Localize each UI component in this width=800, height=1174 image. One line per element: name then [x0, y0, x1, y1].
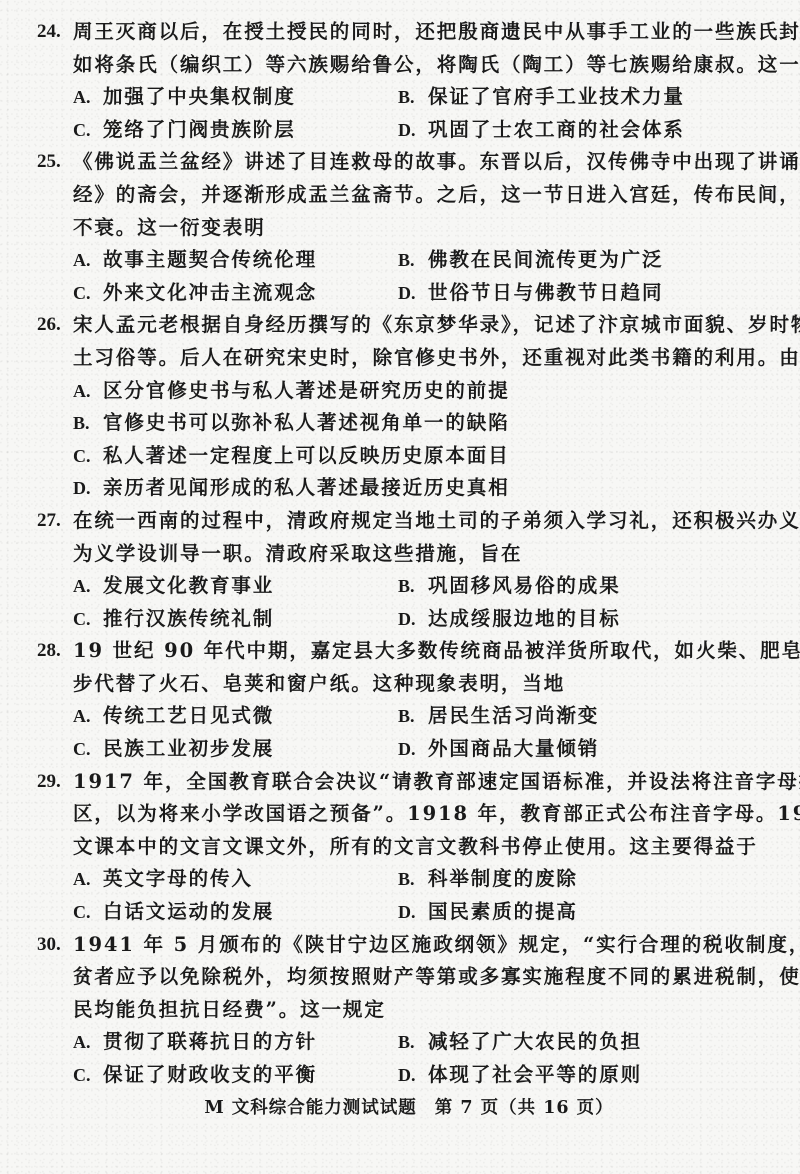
exam-title: M 文科综合能力测试试题 [204, 1098, 416, 1118]
option-letter: A. [73, 863, 103, 896]
option-text: 官修史书可以弥补私人著述视角单一的缺陷 [103, 411, 510, 434]
question-stem-line: 1917 年，全国教育联合会决议“请教育部速定国语标准，并设法将注音字母推行各省 [0, 766, 800, 799]
question-stem-line: 贫者应予以免除税外，均须按照财产等第或多寡实施程度不同的累进税制，使大多数人 [0, 961, 800, 994]
question-stem-line: 为义学设训导一职。清政府采取这些措施，旨在 [0, 538, 800, 571]
options-row: C.笼络了门阀贵族阶层 D.巩固了士农工商的社会体系 [0, 114, 800, 147]
options-row: B.官修史书可以弥补私人著述视角单一的缺陷 [0, 407, 800, 440]
question-stem-line: 周王灭商以后，在授土授民的同时，还把殷商遗民中从事手工业的一些族氏封赐给诸侯。 [0, 16, 800, 49]
options-row: D.亲历者见闻形成的私人著述最接近历史真相 [0, 472, 800, 505]
question-number: 27. [37, 505, 61, 538]
option-text: 巩固移风易俗的成果 [428, 574, 621, 597]
option-b[interactable]: B.保证了官府手工业技术力量 [398, 81, 685, 114]
option-text: 英文字母的传入 [103, 867, 253, 890]
question-stem-line: 《佛说盂兰盆经》讲述了目连救母的故事。东晋以后，汉传佛寺中出现了讲诵《盂兰盆 [0, 146, 800, 179]
page-footer: M 文科综合能力测试试题第 7 页（共 16 页） [0, 1094, 800, 1119]
question-number: 28. [37, 635, 61, 668]
option-letter: C. [73, 603, 103, 636]
option-letter: B. [398, 1026, 428, 1059]
option-a[interactable]: A.发展文化教育事业 [73, 570, 274, 603]
question-30: 30. 1941 年 5 月颁布的《陕甘宁边区施政纲领》规定，“实行合理的税收制… [0, 929, 800, 1092]
options-row: C.保证了财政收支的平衡 D.体现了社会平等的原则 [0, 1059, 800, 1092]
question-number: 26. [37, 309, 61, 342]
option-a[interactable]: A.故事主题契合传统伦理 [73, 244, 317, 277]
question-stem-line: 区，以为将来小学改国语之预备”。1918 年，教育部正式公布注音字母。1922 … [0, 798, 800, 831]
options-row: C.民族工业初步发展 D.外国商品大量倾销 [0, 733, 800, 766]
question-number: 25. [37, 146, 61, 179]
question-stem-line: 19 世纪 90 年代中期，嘉定县大多数传统商品被洋货所取代，如火柴、肥皂、窗玻… [0, 635, 800, 668]
options-row: A.故事主题契合传统伦理 B.佛教在民间流传更为广泛 [0, 244, 800, 277]
option-a[interactable]: A.区分官修史书与私人著述是研究历史的前提 [73, 375, 510, 408]
option-text: 私人著述一定程度上可以反映历史原本面目 [103, 444, 510, 467]
option-text: 加强了中央集权制度 [103, 85, 296, 108]
option-letter: A. [73, 244, 103, 277]
option-b[interactable]: B.佛教在民间流传更为广泛 [398, 244, 663, 277]
options-row: A.加强了中央集权制度 B.保证了官府手工业技术力量 [0, 81, 800, 114]
option-text: 佛教在民间流传更为广泛 [428, 248, 663, 271]
options-row: A.传统工艺日见式微 B.居民生活习尚渐变 [0, 700, 800, 733]
option-letter: C. [73, 440, 103, 473]
options-row: C.外来文化冲击主流观念 D.世俗节日与佛教节日趋同 [0, 277, 800, 310]
option-text: 笼络了门阀贵族阶层 [103, 118, 296, 141]
option-letter: B. [398, 81, 428, 114]
question-number: 24. [37, 16, 61, 49]
option-text: 居民生活习尚渐变 [428, 704, 599, 727]
option-letter: D. [73, 472, 103, 505]
option-letter: B. [398, 700, 428, 733]
page-number: 第 7 页（共 16 页） [435, 1098, 614, 1118]
exam-page: 24. 周王灭商以后，在授土授民的同时，还把殷商遗民中从事手工业的一些族氏封赐给… [0, 16, 800, 1092]
option-a[interactable]: A.贯彻了联蒋抗日的方针 [73, 1026, 317, 1059]
option-d[interactable]: D.世俗节日与佛教节日趋同 [398, 277, 663, 310]
option-d[interactable]: D.巩固了士农工商的社会体系 [398, 114, 685, 147]
options-row: C.白话文运动的发展 D.国民素质的提高 [0, 896, 800, 929]
option-d[interactable]: D.体现了社会平等的原则 [398, 1059, 642, 1092]
options-row: C.私人著述一定程度上可以反映历史原本面目 [0, 440, 800, 473]
option-b[interactable]: B.居民生活习尚渐变 [398, 700, 599, 733]
option-text: 减轻了广大农民的负担 [428, 1030, 642, 1053]
question-stem-line: 民均能负担抗日经费”。这一规定 [0, 994, 800, 1027]
option-c[interactable]: C.笼络了门阀贵族阶层 [73, 114, 296, 147]
option-letter: B. [398, 863, 428, 896]
option-letter: A. [73, 375, 103, 408]
option-text: 贯彻了联蒋抗日的方针 [103, 1030, 317, 1053]
question-28: 28. 19 世纪 90 年代中期，嘉定县大多数传统商品被洋货所取代，如火柴、肥… [0, 635, 800, 765]
question-number: 29. [37, 766, 61, 799]
question-stem-line: 在统一西南的过程中，清政府规定当地土司的子弟须入学习礼，还积极兴办义学，并专 [0, 505, 800, 538]
option-text: 国民素质的提高 [428, 900, 578, 923]
option-letter: B. [398, 244, 428, 277]
question-27: 27. 在统一西南的过程中，清政府规定当地土司的子弟须入学习礼，还积极兴办义学，… [0, 505, 800, 635]
option-c[interactable]: C.私人著述一定程度上可以反映历史原本面目 [73, 440, 510, 473]
option-b[interactable]: B.减轻了广大农民的负担 [398, 1026, 642, 1059]
question-26: 26. 宋人孟元老根据自身经历撰写的《东京梦华录》，记述了汴京城市面貌、岁时物产… [0, 309, 800, 505]
option-text: 科举制度的废除 [428, 867, 578, 890]
option-b[interactable]: B.巩固移风易俗的成果 [398, 570, 621, 603]
option-a[interactable]: A.英文字母的传入 [73, 863, 253, 896]
option-letter: C. [73, 733, 103, 766]
question-25: 25. 《佛说盂兰盆经》讲述了目连救母的故事。东晋以后，汉传佛寺中出现了讲诵《盂… [0, 146, 800, 309]
option-text: 传统工艺日见式微 [103, 704, 274, 727]
option-text: 民族工业初步发展 [103, 737, 274, 760]
option-letter: D. [398, 1059, 428, 1092]
question-stem-line: 不衰。这一衍变表明 [0, 212, 800, 245]
options-row: A.发展文化教育事业 B.巩固移风易俗的成果 [0, 570, 800, 603]
option-letter: A. [73, 81, 103, 114]
option-b[interactable]: B.科举制度的废除 [398, 863, 578, 896]
option-text: 保证了官府手工业技术力量 [428, 85, 685, 108]
question-stem-line: 步代替了火石、皂荚和窗户纸。这种现象表明，当地 [0, 668, 800, 701]
option-letter: A. [73, 570, 103, 603]
option-text: 达成绥服边地的目标 [428, 607, 621, 630]
options-row: C.推行汉族传统礼制 D.达成绥服边地的目标 [0, 603, 800, 636]
option-letter: C. [73, 896, 103, 929]
option-letter: B. [398, 570, 428, 603]
option-letter: C. [73, 114, 103, 147]
option-text: 体现了社会平等的原则 [428, 1063, 642, 1086]
option-c[interactable]: C.保证了财政收支的平衡 [73, 1059, 317, 1092]
options-row: A.区分官修史书与私人著述是研究历史的前提 [0, 375, 800, 408]
option-text: 巩固了士农工商的社会体系 [428, 118, 685, 141]
question-stem-line: 文课本中的文言文课文外，所有的文言文教科书停止使用。这主要得益于 [0, 831, 800, 864]
option-a[interactable]: A.传统工艺日见式微 [73, 700, 274, 733]
option-c[interactable]: C.白话文运动的发展 [73, 896, 274, 929]
options-row: A.英文字母的传入 B.科举制度的废除 [0, 863, 800, 896]
option-text: 亲历者见闻形成的私人著述最接近历史真相 [103, 476, 510, 499]
option-c[interactable]: C.推行汉族传统礼制 [73, 603, 274, 636]
option-d[interactable]: D.国民素质的提高 [398, 896, 578, 929]
option-letter: A. [73, 1026, 103, 1059]
question-stem-line: 土习俗等。后人在研究宋史时，除官修史书外，还重视对此类书籍的利用。由此可知 [0, 342, 800, 375]
question-stem-line: 经》的斋会，并逐渐形成盂兰盆斋节。之后，这一节日进入宫廷，传布民间，近千年而 [0, 179, 800, 212]
option-d[interactable]: D.外国商品大量倾销 [398, 733, 599, 766]
question-29: 29. 1917 年，全国教育联合会决议“请教育部速定国语标准，并设法将注音字母… [0, 766, 800, 929]
option-letter: D. [398, 277, 428, 310]
option-c[interactable]: C.民族工业初步发展 [73, 733, 274, 766]
option-letter: D. [398, 733, 428, 766]
option-text: 区分官修史书与私人著述是研究历史的前提 [103, 379, 510, 402]
question-24: 24. 周王灭商以后，在授土授民的同时，还把殷商遗民中从事手工业的一些族氏封赐给… [0, 16, 800, 146]
option-text: 外来文化冲击主流观念 [103, 281, 317, 304]
option-text: 保证了财政收支的平衡 [103, 1063, 317, 1086]
option-letter: D. [398, 114, 428, 147]
option-d[interactable]: D.亲历者见闻形成的私人著述最接近历史真相 [73, 472, 510, 505]
option-text: 世俗节日与佛教节日趋同 [428, 281, 663, 304]
option-a[interactable]: A.加强了中央集权制度 [73, 81, 296, 114]
option-letter: C. [73, 277, 103, 310]
question-stem-line: 如将条氏（编织工）等六族赐给鲁公，将陶氏（陶工）等七族赐给康叔。这一举措 [0, 49, 800, 82]
question-stem-line: 1941 年 5 月颁布的《陕甘宁边区施政纲领》规定，“实行合理的税收制度，居民… [0, 929, 800, 962]
options-row: A.贯彻了联蒋抗日的方针 B.减轻了广大农民的负担 [0, 1026, 800, 1059]
option-letter: D. [398, 896, 428, 929]
question-stem-line: 宋人孟元老根据自身经历撰写的《东京梦华录》，记述了汴京城市面貌、岁时物产、风 [0, 309, 800, 342]
option-letter: C. [73, 1059, 103, 1092]
option-c[interactable]: C.外来文化冲击主流观念 [73, 277, 317, 310]
option-text: 推行汉族传统礼制 [103, 607, 274, 630]
option-text: 白话文运动的发展 [103, 900, 274, 923]
option-d[interactable]: D.达成绥服边地的目标 [398, 603, 621, 636]
option-text: 外国商品大量倾销 [428, 737, 599, 760]
question-number: 30. [37, 929, 61, 962]
option-text: 故事主题契合传统伦理 [103, 248, 317, 271]
option-text: 发展文化教育事业 [103, 574, 274, 597]
option-letter: A. [73, 700, 103, 733]
option-b[interactable]: B.官修史书可以弥补私人著述视角单一的缺陷 [73, 407, 510, 440]
option-letter: B. [73, 407, 103, 440]
option-letter: D. [398, 603, 428, 636]
